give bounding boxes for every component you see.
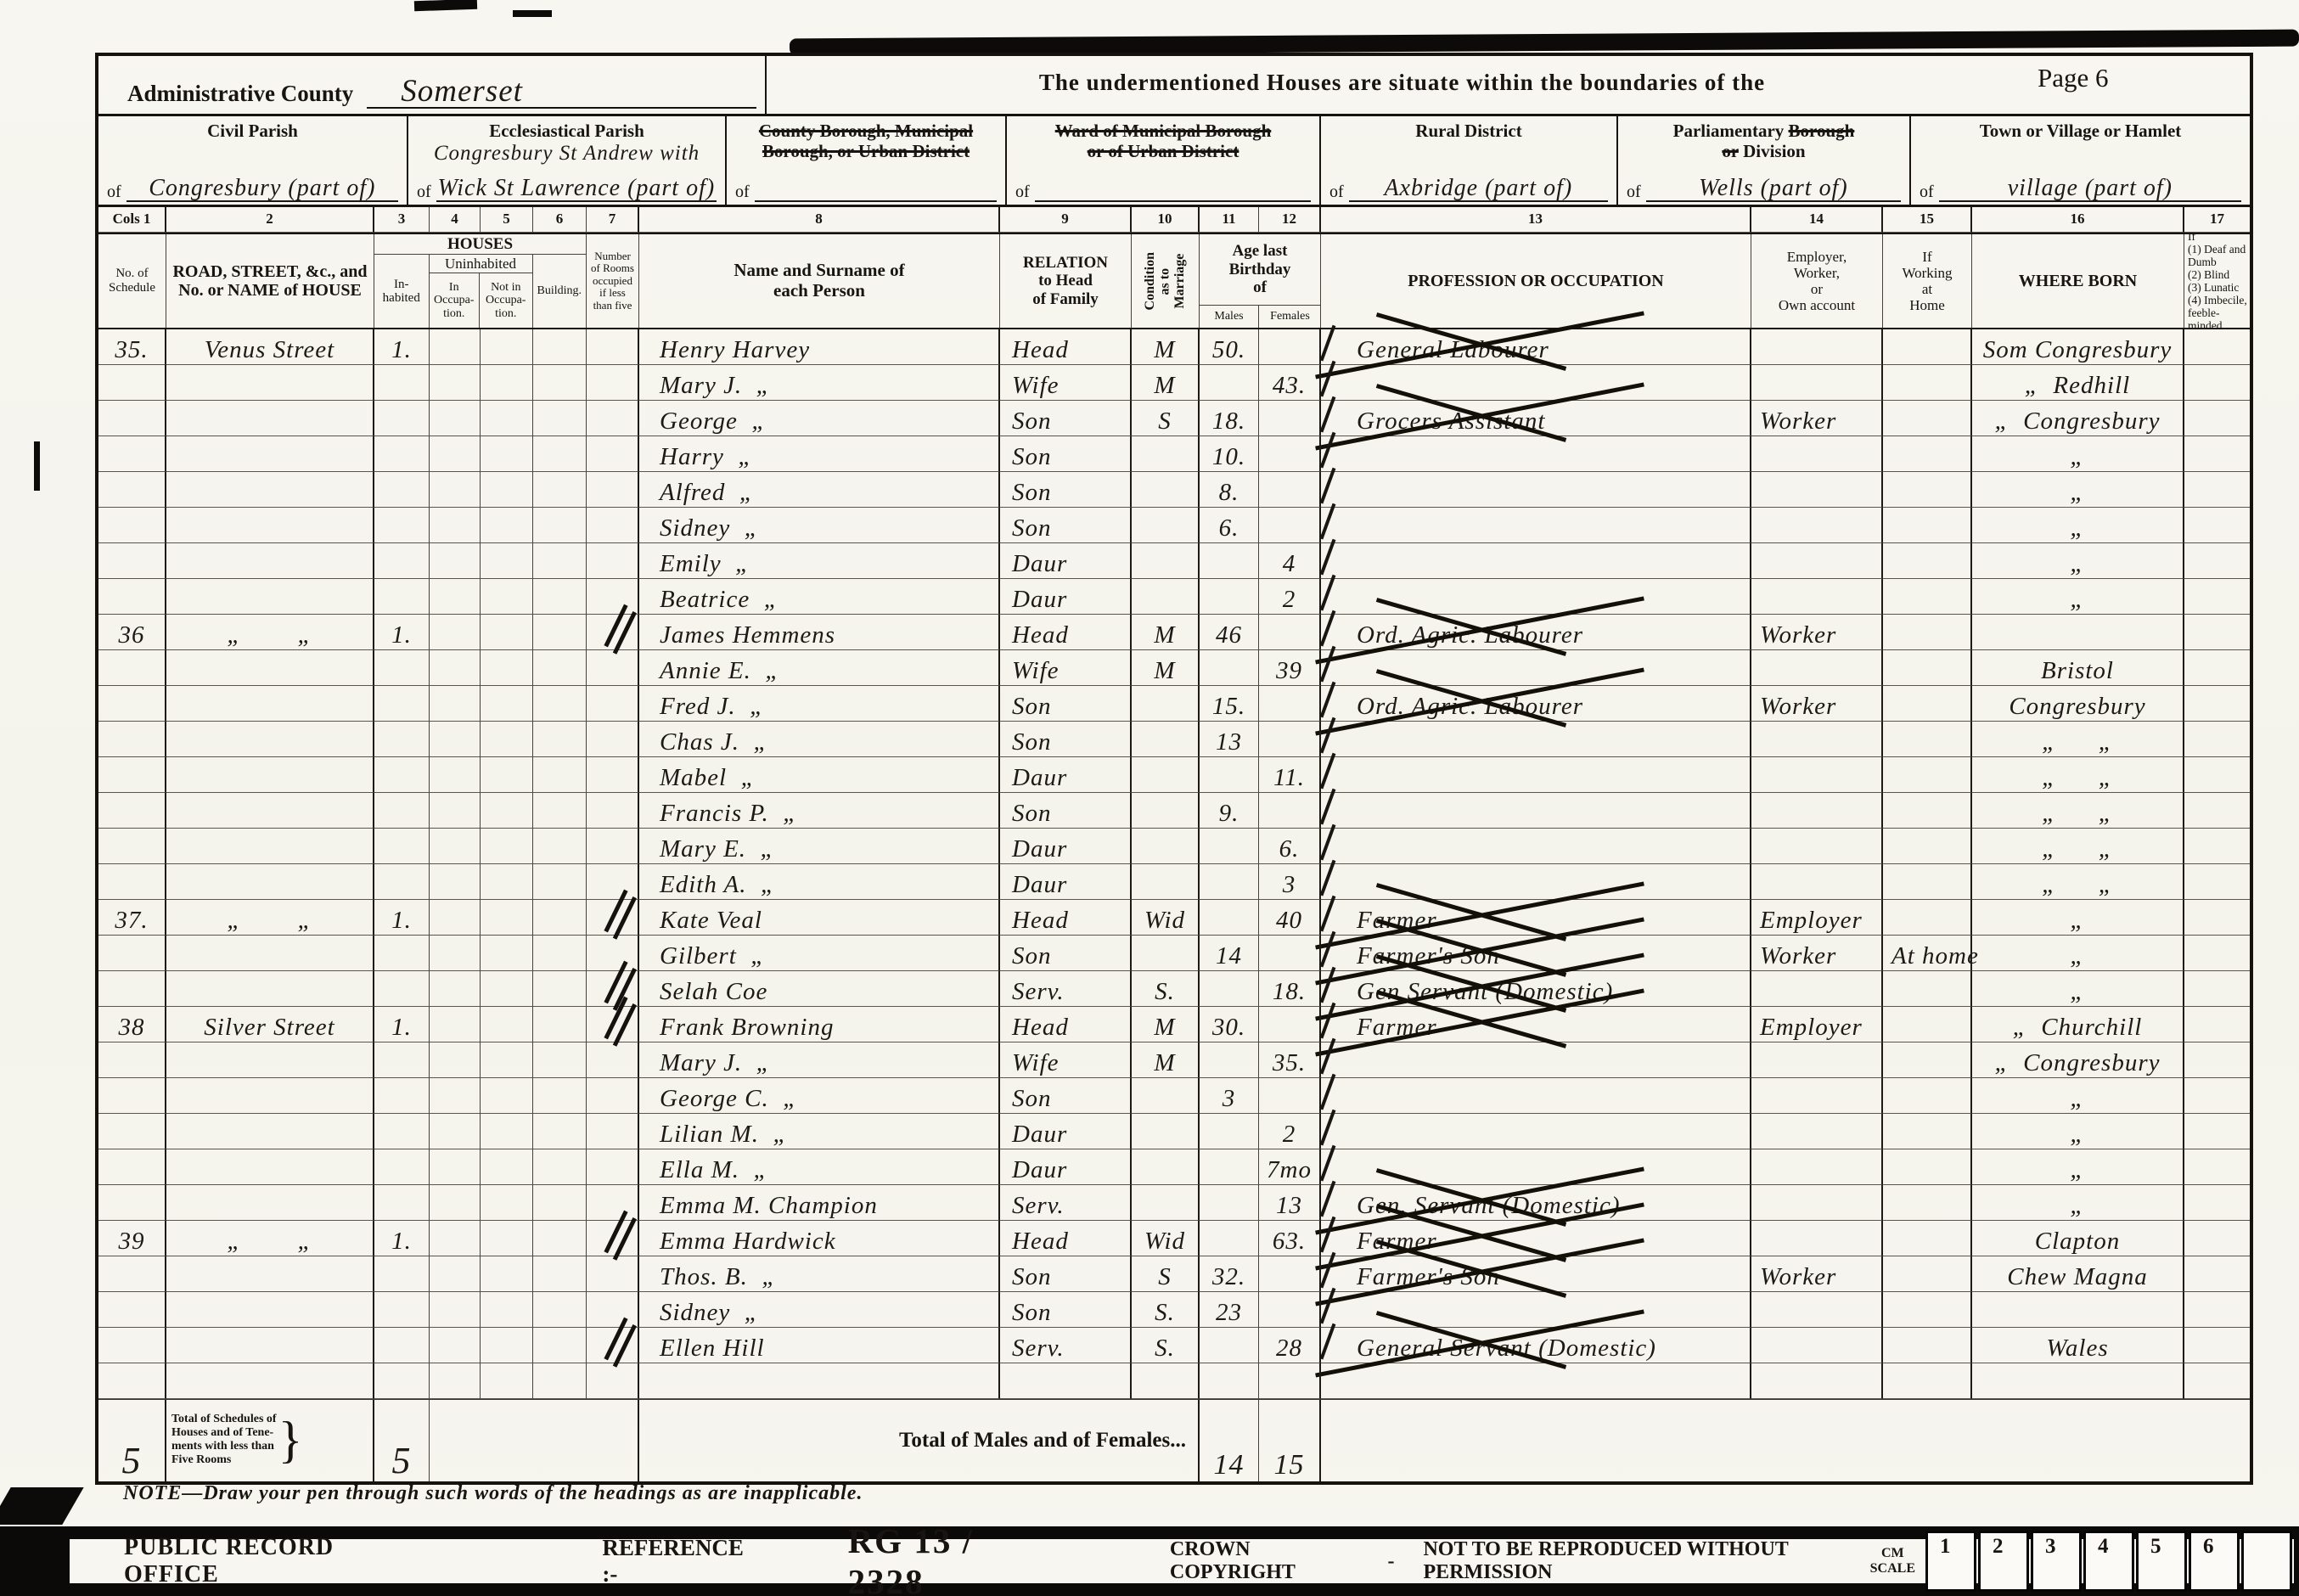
cell-building <box>533 1363 587 1399</box>
cell-home <box>1883 1328 1972 1363</box>
banner-handwritten-value <box>1035 200 1311 202</box>
table-row: George C. „Son3„ <box>98 1078 2250 1114</box>
cell-profession <box>1321 1078 1751 1114</box>
cell-name: Beatrice „ <box>639 579 1000 615</box>
cell-inhabited <box>374 936 430 971</box>
header-where-born: WHERE BORN <box>1972 234 2184 328</box>
cell-schedule <box>98 829 166 864</box>
cell-rooms <box>587 1363 639 1399</box>
struck-word: County Borough, Municipal <box>759 121 973 141</box>
column-number: 5 <box>481 207 533 233</box>
header-houses-group: HOUSES In- habited Uninhabited In Occupa… <box>374 234 587 328</box>
cell-not_occ <box>481 900 533 936</box>
cell-building <box>533 401 587 436</box>
cell-born: „ <box>1972 543 2184 579</box>
cell-home <box>1883 1042 1972 1078</box>
cell-home <box>1883 436 1972 472</box>
cell-rooms <box>587 1114 639 1149</box>
header-profession: PROFESSION OR OCCUPATION <box>1321 234 1751 328</box>
cell-inhabited <box>374 401 430 436</box>
cell-born: „ Churchill <box>1972 1007 2184 1042</box>
banner-of-label: of <box>1015 183 1035 202</box>
cell-not_occ <box>481 1149 533 1185</box>
cell-inhabited <box>374 543 430 579</box>
header-in-occupation: In Occupa- tion. <box>430 273 481 328</box>
footer-copyright: CROWN COPYRIGHT <box>1170 1538 1359 1584</box>
cell-relation: Son <box>1000 722 1132 757</box>
cell-building <box>533 793 587 829</box>
cell-employer <box>1751 1114 1883 1149</box>
cell-road <box>166 472 374 508</box>
administrative-county-label: Administrative County <box>127 81 353 109</box>
cell-inhabited <box>374 1256 430 1292</box>
cell-employer <box>1751 1042 1883 1078</box>
cell-condition <box>1132 1149 1200 1185</box>
cell-schedule <box>98 1185 166 1221</box>
cell-inhabited <box>374 1042 430 1078</box>
cell-profession: Grocers Assistant <box>1321 401 1751 436</box>
cell-in_occ <box>430 864 481 900</box>
header-rooms: Number of Rooms occupied if less than fi… <box>587 234 639 328</box>
cell-home <box>1883 1292 1972 1328</box>
cell-employer <box>1751 757 1883 793</box>
cell-building <box>533 579 587 615</box>
cell-employer <box>1751 1078 1883 1114</box>
cell-road <box>166 1292 374 1328</box>
table-row: Mary E. „Daur6.„ „ <box>98 829 2250 864</box>
cell-born: „ <box>1972 900 2184 936</box>
cell-name: Mary J. „ <box>639 365 1000 401</box>
cell-infirmity <box>2184 864 2250 900</box>
cell-rooms <box>587 1256 639 1292</box>
table-row: Sidney „SonS.23 <box>98 1292 2250 1328</box>
cell-name: Sidney „ <box>639 508 1000 543</box>
cell-in_occ <box>430 900 481 936</box>
cell-condition: S. <box>1132 1328 1200 1363</box>
cell-not_occ <box>481 864 533 900</box>
cell-profession <box>1321 864 1751 900</box>
cell-condition: S <box>1132 1256 1200 1292</box>
administrative-county-box: Administrative County Somerset <box>98 56 767 114</box>
totals-schedule: 5 <box>98 1400 166 1481</box>
cell-born <box>1972 615 2184 650</box>
cell-building <box>533 1042 587 1078</box>
cell-profession: Gen. Servant (Domestic) <box>1321 1185 1751 1221</box>
cell-name: Sidney „ <box>639 1292 1000 1328</box>
cell-name: George „ <box>639 401 1000 436</box>
cell-in_occ <box>430 829 481 864</box>
cell-name: Fred J. „ <box>639 686 1000 722</box>
cell-road: „ „ <box>166 615 374 650</box>
cell-not_occ <box>481 1114 533 1149</box>
cell-building <box>533 1007 587 1042</box>
cell-employer <box>1751 543 1883 579</box>
cell-name: Ella M. „ <box>639 1149 1000 1185</box>
cell-schedule <box>98 543 166 579</box>
cell-profession: Farmer <box>1321 900 1751 936</box>
cell-infirmity <box>2184 686 2250 722</box>
table-row: Emily „Daur4„ <box>98 543 2250 579</box>
cell-age_f <box>1259 401 1321 436</box>
cell-infirmity <box>2184 936 2250 971</box>
cell-infirmity <box>2184 579 2250 615</box>
cell-born: „ <box>1972 508 2184 543</box>
cell-age_m <box>1200 579 1259 615</box>
banner-header-line: Ecclesiastical Parish <box>489 121 644 141</box>
cell-employer: Worker <box>1751 1256 1883 1292</box>
column-number: 8 <box>639 207 1000 233</box>
banner-of-line: ofCongresbury (part of) <box>107 176 398 202</box>
cell-home <box>1883 615 1972 650</box>
footer-separator: - <box>1387 1550 1394 1573</box>
boundary-banner: Civil ParishofCongresbury (part of)Eccle… <box>98 116 2250 207</box>
cell-name: James Hemmens <box>639 615 1000 650</box>
cell-in_occ <box>430 401 481 436</box>
table-row: Ellen HillServ.S.28General Servant (Dome… <box>98 1328 2250 1363</box>
banner-header-line: Borough, or Urban District <box>762 141 970 161</box>
cell-age_f <box>1259 1256 1321 1292</box>
cell-rooms <box>587 650 639 686</box>
totals-females: 15 <box>1259 1400 1321 1481</box>
cell-relation: Son <box>1000 508 1132 543</box>
cell-name: Annie E. „ <box>639 650 1000 686</box>
cell-infirmity <box>2184 900 2250 936</box>
cell-schedule <box>98 579 166 615</box>
cell-home <box>1883 793 1972 829</box>
cell-home <box>1883 1221 1972 1256</box>
cell-condition <box>1132 864 1200 900</box>
footer-notice: NOT TO BE REPRODUCED WITHOUT PERMISSION <box>1423 1538 1869 1584</box>
cell-condition <box>1132 722 1200 757</box>
cell-road <box>166 436 374 472</box>
totals-row: 5 Total of Schedules of Houses and of Te… <box>98 1399 2250 1481</box>
cell-age_m <box>1200 1363 1259 1399</box>
cell-home <box>1883 329 1972 365</box>
column-number: 10 <box>1132 207 1200 233</box>
banner-handwritten-top: Congresbury St Andrew with <box>434 143 700 164</box>
cell-home <box>1883 971 1972 1007</box>
table-row: Mary J. „WifeM35.„ Congresbury <box>98 1042 2250 1078</box>
cell-age_f <box>1259 329 1321 365</box>
scale-ruler-cell: 1 <box>1925 1531 1976 1592</box>
cell-in_occ <box>430 686 481 722</box>
cell-in_occ <box>430 1363 481 1399</box>
cell-schedule <box>98 1292 166 1328</box>
cell-condition: Wid <box>1132 1221 1200 1256</box>
cell-profession <box>1321 472 1751 508</box>
cell-profession <box>1321 1042 1751 1078</box>
cell-building <box>533 508 587 543</box>
cell-building <box>533 1185 587 1221</box>
header-condition-label: Condition as to Marriage <box>1143 252 1188 310</box>
cell-relation: Serv. <box>1000 1328 1132 1363</box>
header-not-in-occupation: Not in Occupa- tion. <box>480 273 531 328</box>
column-number: 9 <box>1000 207 1132 233</box>
table-row: Selah CoeServ.S.18.Gen Servant (Domestic… <box>98 971 2250 1007</box>
cell-inhabited <box>374 864 430 900</box>
cell-name: Gilbert „ <box>639 936 1000 971</box>
cell-age_m: 32. <box>1200 1256 1259 1292</box>
cell-schedule: 35. <box>98 329 166 365</box>
cell-name: Emily „ <box>639 543 1000 579</box>
header-age-group: Age last Birthday of Males Females <box>1200 234 1321 328</box>
banner-of-line: of <box>735 183 997 202</box>
cell-born: „ Congresbury <box>1972 1042 2184 1078</box>
cell-building <box>533 936 587 971</box>
cell-born: „ <box>1972 1149 2184 1185</box>
totals-houses-label: Total of Schedules of Houses and of Tene… <box>171 1413 277 1467</box>
cell-road <box>166 1114 374 1149</box>
cell-born: „ „ <box>1972 864 2184 900</box>
cell-in_occ <box>430 1007 481 1042</box>
cell-relation: Daur <box>1000 1149 1132 1185</box>
cell-age_m <box>1200 1328 1259 1363</box>
banner-of-line: of <box>1015 183 1311 202</box>
cell-age_f <box>1259 686 1321 722</box>
cell-home <box>1883 1363 1972 1399</box>
cell-building <box>533 1328 587 1363</box>
cell-not_occ <box>481 722 533 757</box>
cell-schedule: 38 <box>98 1007 166 1042</box>
cell-employer <box>1751 971 1883 1007</box>
header-females: Females <box>1259 306 1321 328</box>
cell-road <box>166 1078 374 1114</box>
cell-in_occ <box>430 472 481 508</box>
cell-schedule <box>98 864 166 900</box>
cell-in_occ <box>430 1328 481 1363</box>
cell-age_f <box>1259 722 1321 757</box>
cell-infirmity <box>2184 971 2250 1007</box>
cell-born: „ <box>1972 579 2184 615</box>
cell-inhabited <box>374 1363 430 1399</box>
footer-bar: PUBLIC RECORD OFFICE REFERENCE :- RG 13 … <box>0 1526 2299 1596</box>
cell-age_f: 40 <box>1259 900 1321 936</box>
cell-inhabited <box>374 436 430 472</box>
form-title: The undermentioned Houses are situate wi… <box>767 56 2038 114</box>
cell-rooms <box>587 793 639 829</box>
cell-profession <box>1321 543 1751 579</box>
cell-name: Alfred „ <box>639 472 1000 508</box>
cell-building <box>533 1221 587 1256</box>
cell-age_m <box>1200 543 1259 579</box>
banner-section-rural-district: Rural DistrictofAxbridge (part of) <box>1321 116 1618 205</box>
cell-born: „ <box>1972 472 2184 508</box>
cell-condition: M <box>1132 1007 1200 1042</box>
cell-rooms <box>587 329 639 365</box>
column-number: 2 <box>166 207 374 233</box>
column-number: 7 <box>587 207 639 233</box>
cell-building <box>533 615 587 650</box>
cell-road <box>166 1185 374 1221</box>
cell-road <box>166 793 374 829</box>
cell-condition: M <box>1132 1042 1200 1078</box>
cell-road <box>166 365 374 401</box>
cell-not_occ <box>481 971 533 1007</box>
cell-not_occ <box>481 508 533 543</box>
cell-age_m <box>1200 757 1259 793</box>
scan-smudge <box>513 10 552 17</box>
cell-employer: Worker <box>1751 615 1883 650</box>
header-word: Rural District <box>1415 121 1521 141</box>
cell-not_occ <box>481 1078 533 1114</box>
cell-inhabited <box>374 686 430 722</box>
cell-road <box>166 864 374 900</box>
cell-relation: Daur <box>1000 579 1132 615</box>
banner-handwritten-value: Wells (part of) <box>1646 176 1901 202</box>
cell-relation: Head <box>1000 900 1132 936</box>
cell-not_occ <box>481 650 533 686</box>
banner-of-line: ofWick St Lawrence (part of) <box>417 176 717 202</box>
banner-handwritten-value <box>755 200 997 202</box>
cell-employer <box>1751 829 1883 864</box>
cell-home <box>1883 864 1972 900</box>
cell-building <box>533 722 587 757</box>
cell-name: Henry Harvey <box>639 329 1000 365</box>
cell-schedule <box>98 401 166 436</box>
cell-name: Francis P. „ <box>639 793 1000 829</box>
cell-schedule <box>98 365 166 401</box>
cell-profession: Farmer <box>1321 1221 1751 1256</box>
cell-employer <box>1751 1221 1883 1256</box>
header-word: Town or Village or Hamlet <box>1980 121 2182 141</box>
cell-age_f <box>1259 508 1321 543</box>
cell-name: Selah Coe <box>639 971 1000 1007</box>
cell-rooms <box>587 864 639 900</box>
cell-condition <box>1132 1078 1200 1114</box>
struck-word: Ward of Municipal Borough <box>1055 121 1272 141</box>
cell-road <box>166 543 374 579</box>
cell-inhabited <box>374 1328 430 1363</box>
cell-condition <box>1132 936 1200 971</box>
cell-infirmity <box>2184 1078 2250 1114</box>
cell-rooms <box>587 722 639 757</box>
cell-schedule <box>98 1042 166 1078</box>
cell-not_occ <box>481 1185 533 1221</box>
cell-building <box>533 436 587 472</box>
cell-relation: Head <box>1000 1007 1132 1042</box>
cell-born: „ „ <box>1972 793 2184 829</box>
struck-word: Borough, or Urban District <box>762 141 970 161</box>
cell-born <box>1972 1363 2184 1399</box>
cell-in_occ <box>430 365 481 401</box>
cell-born: Chew Magna <box>1972 1256 2184 1292</box>
cell-age_f: 7mo <box>1259 1149 1321 1185</box>
cell-road <box>166 508 374 543</box>
table-row <box>98 1363 2250 1399</box>
cell-infirmity <box>2184 1007 2250 1042</box>
cell-profession <box>1321 579 1751 615</box>
cell-born: „ „ <box>1972 829 2184 864</box>
cell-inhabited: 1. <box>374 1007 430 1042</box>
cell-rooms <box>587 579 639 615</box>
table-row: Harry „Son10.„ <box>98 436 2250 472</box>
cell-age_f: 43. <box>1259 365 1321 401</box>
cell-age_m: 23 <box>1200 1292 1259 1328</box>
table-header: No. of Schedule ROAD, STREET, &c., and N… <box>98 234 2250 329</box>
header-houses: HOUSES <box>374 234 586 255</box>
struck-word: or <box>1722 141 1738 161</box>
cell-infirmity <box>2184 508 2250 543</box>
cell-schedule <box>98 1149 166 1185</box>
cell-born: Som Congresbury <box>1972 329 2184 365</box>
census-form: Administrative County Somerset The under… <box>95 53 2253 1485</box>
cell-building <box>533 650 587 686</box>
cell-road <box>166 686 374 722</box>
cell-relation <box>1000 1363 1132 1399</box>
cell-infirmity <box>2184 401 2250 436</box>
cell-infirmity <box>2184 829 2250 864</box>
cell-condition: M <box>1132 650 1200 686</box>
cell-not_occ <box>481 579 533 615</box>
cell-name: Emma Hardwick <box>639 1221 1000 1256</box>
footer-office: PUBLIC RECORD OFFICE <box>124 1534 402 1588</box>
cell-road: Silver Street <box>166 1007 374 1042</box>
cell-name: Frank Browning <box>639 1007 1000 1042</box>
cell-not_occ <box>481 1221 533 1256</box>
cell-road: Venus Street <box>166 329 374 365</box>
cell-name: Ellen Hill <box>639 1328 1000 1363</box>
banner-of-label: of <box>107 183 126 202</box>
cell-in_occ <box>430 1042 481 1078</box>
cell-employer <box>1751 864 1883 900</box>
banner-handwritten-value: Congresbury (part of) <box>126 176 398 202</box>
header-relation: RELATION to Head of Family <box>1000 234 1132 328</box>
footer-reference-number: RG 13 / 2328 <box>848 1520 1038 1596</box>
cell-home <box>1883 1114 1972 1149</box>
cell-age_f <box>1259 472 1321 508</box>
cell-in_occ <box>430 1292 481 1328</box>
banner-section-ward-municipal-borough: Ward of Municipal Boroughor of Urban Dis… <box>1007 116 1321 205</box>
cell-condition <box>1132 1114 1200 1149</box>
cell-rooms <box>587 436 639 472</box>
cell-infirmity <box>2184 1363 2250 1399</box>
header-name: Name and Surname of each Person <box>639 234 1000 328</box>
cell-employer: Employer <box>1751 900 1883 936</box>
cell-age_m <box>1200 864 1259 900</box>
cell-schedule: 39 <box>98 1221 166 1256</box>
cell-relation: Head <box>1000 329 1132 365</box>
cell-building <box>533 1078 587 1114</box>
table-row: Annie E. „WifeM39Bristol <box>98 650 2250 686</box>
totals-right-spacer <box>1321 1400 2250 1481</box>
cell-rooms <box>587 543 639 579</box>
cell-born <box>1972 1292 2184 1328</box>
cell-in_occ <box>430 1114 481 1149</box>
cell-relation: Son <box>1000 686 1132 722</box>
cell-profession: General Labourer <box>1321 329 1751 365</box>
cell-infirmity <box>2184 1256 2250 1292</box>
cell-inhabited <box>374 793 430 829</box>
table-body: 35.Venus Street1.Henry HarveyHeadM50.Gen… <box>98 329 2250 1399</box>
struck-word: Borough <box>1789 121 1855 141</box>
cell-relation: Son <box>1000 436 1132 472</box>
cell-inhabited: 1. <box>374 1221 430 1256</box>
cell-employer <box>1751 579 1883 615</box>
header-word: Division <box>1739 141 1806 161</box>
cell-home <box>1883 900 1972 936</box>
cell-name: Mabel „ <box>639 757 1000 793</box>
cell-name: Mary E. „ <box>639 829 1000 864</box>
cell-road <box>166 1042 374 1078</box>
administrative-county-value: Somerset <box>367 76 756 109</box>
scale-ruler-cell: 2 <box>1978 1531 2029 1592</box>
cell-road <box>166 401 374 436</box>
cell-relation: Wife <box>1000 650 1132 686</box>
table-row: Edith A. „Daur3„ „ <box>98 864 2250 900</box>
cell-infirmity <box>2184 793 2250 829</box>
cell-condition <box>1132 757 1200 793</box>
cell-not_occ <box>481 1042 533 1078</box>
